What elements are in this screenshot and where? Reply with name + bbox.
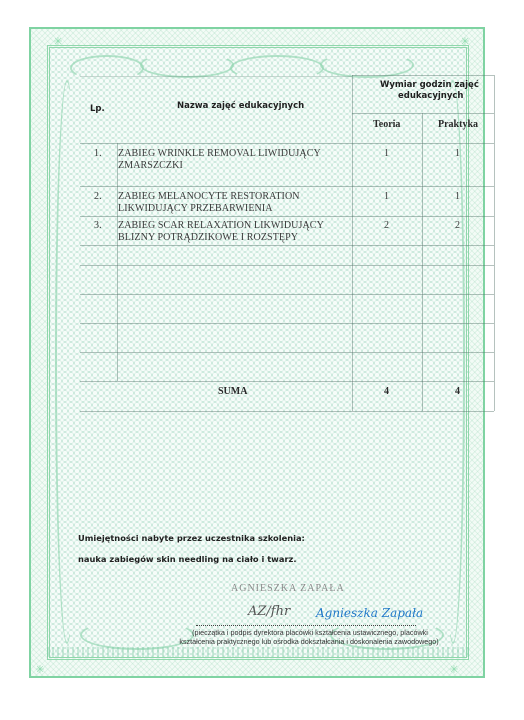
vine-ornament — [70, 55, 144, 81]
corner-rosette-icon: ✳ — [35, 665, 45, 675]
sum-label: SUMA — [218, 386, 247, 397]
vine-ornament-left — [55, 80, 79, 644]
course-name-line2: LIKWIDUJĄCY PRZEBARWIENIA — [118, 203, 273, 214]
signature-caption: (pieczątka i podpis dyrektora placówki k… — [190, 628, 430, 637]
column-header-hours-line2: edukacyjnych — [398, 91, 463, 101]
course-name-line2: ZMARSZCZKI — [118, 160, 183, 171]
column-header-name: Nazwa zajęć edukacyjnych — [177, 101, 304, 111]
signatory-printed-name: AGNIESZKA ZAPAŁA — [231, 583, 345, 594]
row-number: 1. — [94, 148, 102, 159]
vine-ornament — [230, 55, 324, 81]
course-name-line2: BLIZNY POTRĄDZIKOWE I ROZSTĘPY — [118, 232, 298, 243]
vine-ornament — [140, 52, 234, 78]
course-name: ZABIEG WRINKLE REMOVAL LIWIDUJĄCY — [118, 148, 321, 159]
column-header-hours: Wymiar godzin zajęć — [380, 80, 479, 90]
sum-practice-hours: 4 — [455, 386, 460, 397]
practice-hours: 1 — [455, 148, 460, 159]
skills-heading: Umiejętności nabyte przez uczestnika szk… — [78, 533, 305, 543]
signature-scribble: AZ/fhr — [248, 604, 290, 619]
theory-hours: 1 — [384, 191, 389, 202]
decorative-band — [47, 647, 469, 657]
column-header-practice: Praktyka — [438, 119, 478, 130]
course-name: ZABIEG SCAR RELAXATION LIKWIDUJĄCY — [118, 220, 324, 231]
sum-theory-hours: 4 — [384, 386, 389, 397]
column-header-theory: Teoria — [373, 119, 400, 130]
row-number: 3. — [94, 220, 102, 231]
practice-hours: 2 — [455, 220, 460, 231]
practice-hours: 1 — [455, 191, 460, 202]
skills-text: nauka zabiegów skin needling na ciało i … — [78, 554, 297, 564]
course-name: ZABIEG MELANOCYTE RESTORATION — [118, 191, 300, 202]
row-number: 2. — [94, 191, 102, 202]
signature-dotted-line — [196, 625, 416, 626]
handwritten-signature: Agnieszka Zapała — [316, 606, 423, 620]
theory-hours: 1 — [384, 148, 389, 159]
signature-caption-line2: kształcenia praktycznego lub ośrodka dok… — [176, 637, 442, 646]
theory-hours: 2 — [384, 220, 389, 231]
column-header-lp: Lp. — [90, 104, 105, 114]
vine-ornament-right — [441, 80, 465, 644]
corner-rosette-icon: ✳ — [449, 665, 459, 675]
